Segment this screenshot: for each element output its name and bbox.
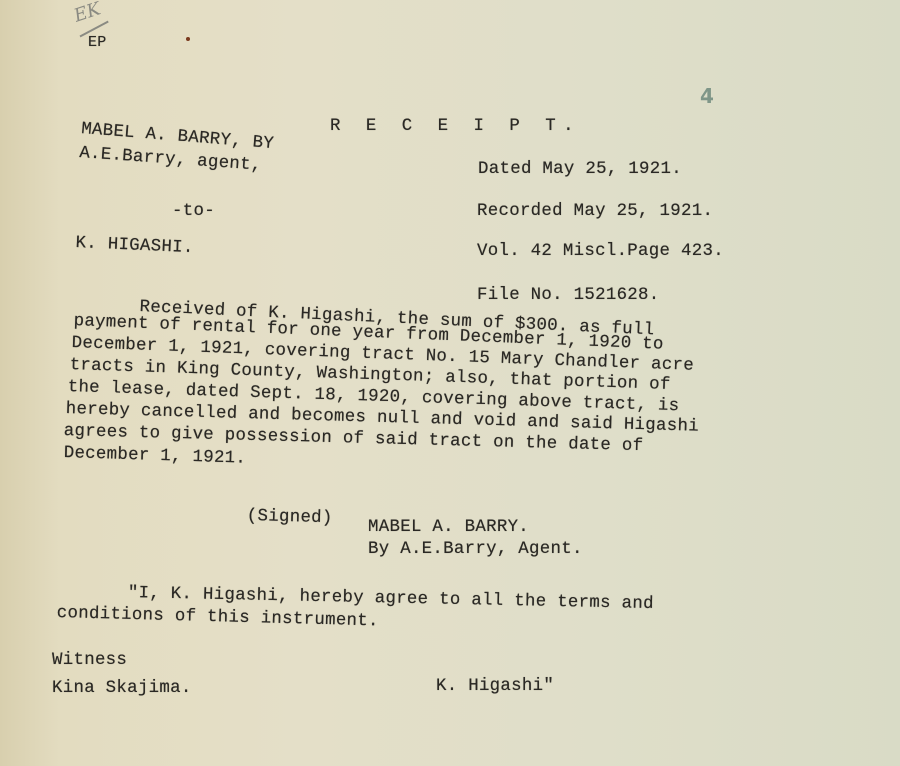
signer-agent: By A.E.Barry, Agent.	[368, 540, 583, 559]
receipt-document: EK EP 4 R E C E I P T. MABEL A. BARRY, B…	[0, 0, 900, 766]
witness-name: Kina Skajima.	[52, 679, 192, 698]
agreement-line-2: conditions of this instrument.	[57, 604, 379, 631]
signed-label: (Signed)	[247, 507, 333, 528]
initials: EP	[88, 34, 107, 51]
page-number-stamp: 4	[700, 84, 714, 108]
document-title: R E C E I P T.	[330, 117, 581, 136]
volume-page-line: Vol. 42 Miscl.Page 423.	[477, 242, 724, 261]
paper-speck	[186, 37, 190, 41]
acceptor-signature: K. Higashi"	[436, 677, 554, 696]
signer-name: MABEL A. BARRY.	[368, 518, 529, 537]
dated-line: Dated May 25, 1921.	[478, 160, 682, 179]
pencil-annotation: EK	[71, 0, 103, 27]
recorded-line: Recorded May 25, 1921.	[477, 202, 713, 221]
witness-label: Witness	[52, 651, 127, 670]
file-number-line: File No. 1521628.	[477, 286, 660, 305]
to-connector: -to-	[172, 202, 215, 221]
grantee-name: K. HIGASHI.	[75, 234, 194, 258]
body-line-8: December 1, 1921.	[63, 444, 246, 469]
